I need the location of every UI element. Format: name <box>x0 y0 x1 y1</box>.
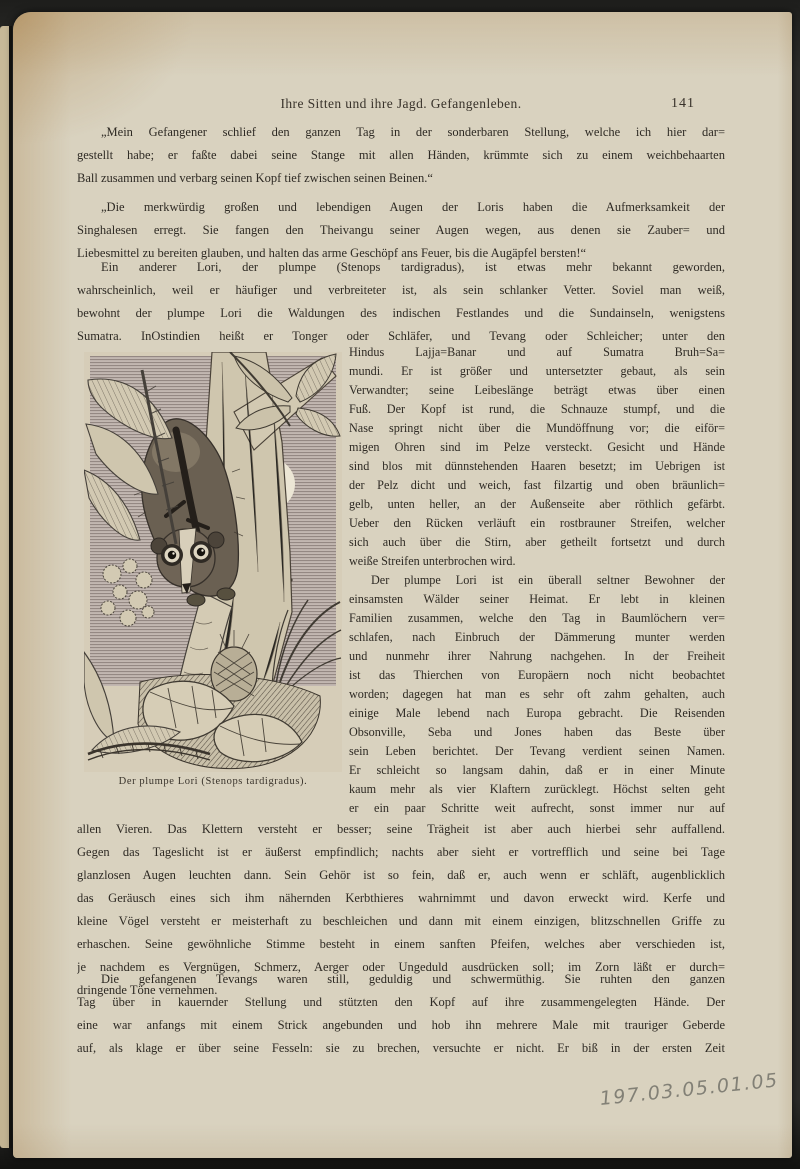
text-line: Der plumpe Lori ist ein überall seltner … <box>349 571 725 590</box>
text-line: Obsonville, Seba und Jones haben das Bes… <box>349 723 725 742</box>
text-line: mundi. Er ist größer und untersetzter ge… <box>349 362 725 381</box>
text-line: kaum mehr als vier Klaftern zurücklegt. … <box>349 780 725 799</box>
text-line: Ein anderer Lori, der plumpe (Stenops ta… <box>77 256 725 279</box>
text-line: einsamsten Wälder seiner Heimat. Er lebt… <box>349 590 725 609</box>
text-line: weiße Streifen unterbrochen wird. <box>349 552 725 571</box>
page-number: 141 <box>671 96 695 112</box>
text-line: Verwandter; seine Leibeslänge beträgt et… <box>349 381 725 400</box>
figure: Der plumpe Lori (Stenops tardigradus). <box>84 352 342 787</box>
text-line: Hindus Lajja=Banar und auf Sumatra Bruh=… <box>349 343 725 362</box>
loris-engraving-image <box>84 352 342 772</box>
text-line: eine war anfangs mit einem Strick angebu… <box>77 1014 725 1037</box>
text-line: erhaschen. Seine gewöhnliche Stimme best… <box>77 933 725 956</box>
text-line: migen Ohren sind im Pelze versteckt. Ges… <box>349 438 725 457</box>
text-line: kleine Vögel versteht er meisterhaft zu … <box>77 910 725 933</box>
text-line: Fuß. Der Kopf ist rund, die Schnauze stu… <box>349 400 725 419</box>
paragraph: „Mein Gefangener schlief den ganzen Tag … <box>77 121 725 190</box>
text-line: auf, als klage er über seine Fesseln: si… <box>77 1037 725 1060</box>
text-line: sind blos mit dünnstehenden Haaren beset… <box>349 457 725 476</box>
text-line: „Die merkwürdig großen und lebendigen Au… <box>77 196 725 219</box>
text-line: schlafen, nach Einbruch der Dämmerung mu… <box>349 628 725 647</box>
paragraph: Die gefangenen Tevangs waren still, gedu… <box>77 968 725 1060</box>
text-line: glanzlosen Augen leuchten dann. Sein Geh… <box>77 864 725 887</box>
figure-and-text-region: Der plumpe Lori (Stenops tardigradus). H… <box>77 343 725 817</box>
text-line: Er schleicht so langsam dahin, daß er in… <box>349 761 725 780</box>
text-line: einige Male lebend nach Europa gebracht.… <box>349 704 725 723</box>
text-line: allen Vieren. Das Klettern versteht er b… <box>77 818 725 841</box>
text-line: ist das Thierchen von Europäern noch nic… <box>349 666 725 685</box>
text-line: sein Leben berichtet. Der Tevang verdien… <box>349 742 725 761</box>
text-line: Singhalesen erregt. Sie fangen den Theiv… <box>77 219 725 242</box>
text-line: Ueber den Rücken verläuft ein rostbraune… <box>349 514 725 533</box>
text-line: worden; dagegen hat man es sehr oft zahm… <box>349 685 725 704</box>
text-line: und nunmehr ihrer Nahrung nachgehen. In … <box>349 647 725 666</box>
wrapped-text-column: Hindus Lajja=Banar und auf Sumatra Bruh=… <box>349 343 725 818</box>
paragraph: Ein anderer Lori, der plumpe (Stenops ta… <box>77 256 725 348</box>
book-page-scan: Ihre Sitten und ihre Jagd. Gefangenleben… <box>0 0 800 1169</box>
text-line: bewohnt der plumpe Lori die Waldungen de… <box>77 302 725 325</box>
text-line: das Geräusch eines sich ihm nähernden Ke… <box>77 887 725 910</box>
text-line: Gegen das Tageslicht ist er äußerst empf… <box>77 841 725 864</box>
adjacent-page-edge <box>0 26 12 1148</box>
text-line: der Pelz dicht und weich, fast filzartig… <box>349 476 725 495</box>
page-header: Ihre Sitten und ihre Jagd. Gefangenleben… <box>77 96 725 116</box>
text-line: er ein paar Schritte weit aufrecht, sons… <box>349 799 725 818</box>
text-line: Familien zusammen, welche den Tag in Bau… <box>349 609 725 628</box>
page: Ihre Sitten und ihre Jagd. Gefangenleben… <box>13 12 792 1158</box>
text-line: gelb, unten heller, an der Außenseite ab… <box>349 495 725 514</box>
running-title: Ihre Sitten und ihre Jagd. Gefangenleben… <box>77 96 725 112</box>
text-line: Die gefangenen Tevangs waren still, gedu… <box>77 968 725 991</box>
text-line: Tag über in kauernder Stellung und stütz… <box>77 991 725 1014</box>
figure-caption: Der plumpe Lori (Stenops tardigradus). <box>84 776 342 787</box>
paragraph: „Die merkwürdig großen und lebendigen Au… <box>77 196 725 265</box>
text-line: Nase springt nicht über die Mundöffnung … <box>349 419 725 438</box>
text-line: gestellt habe; er faßte dabei seine Stan… <box>77 144 725 167</box>
text-line: sich auch über die Stirn, aber getheilt … <box>349 533 725 552</box>
text-line: wahrscheinlich, weil er häufiger und ver… <box>77 279 725 302</box>
text-line: Ball zusammen und verbarg seinen Kopf ti… <box>77 167 725 190</box>
handwritten-archival-number: 197.03.05.01.05 <box>599 1067 800 1110</box>
text-line: „Mein Gefangener schlief den ganzen Tag … <box>77 121 725 144</box>
